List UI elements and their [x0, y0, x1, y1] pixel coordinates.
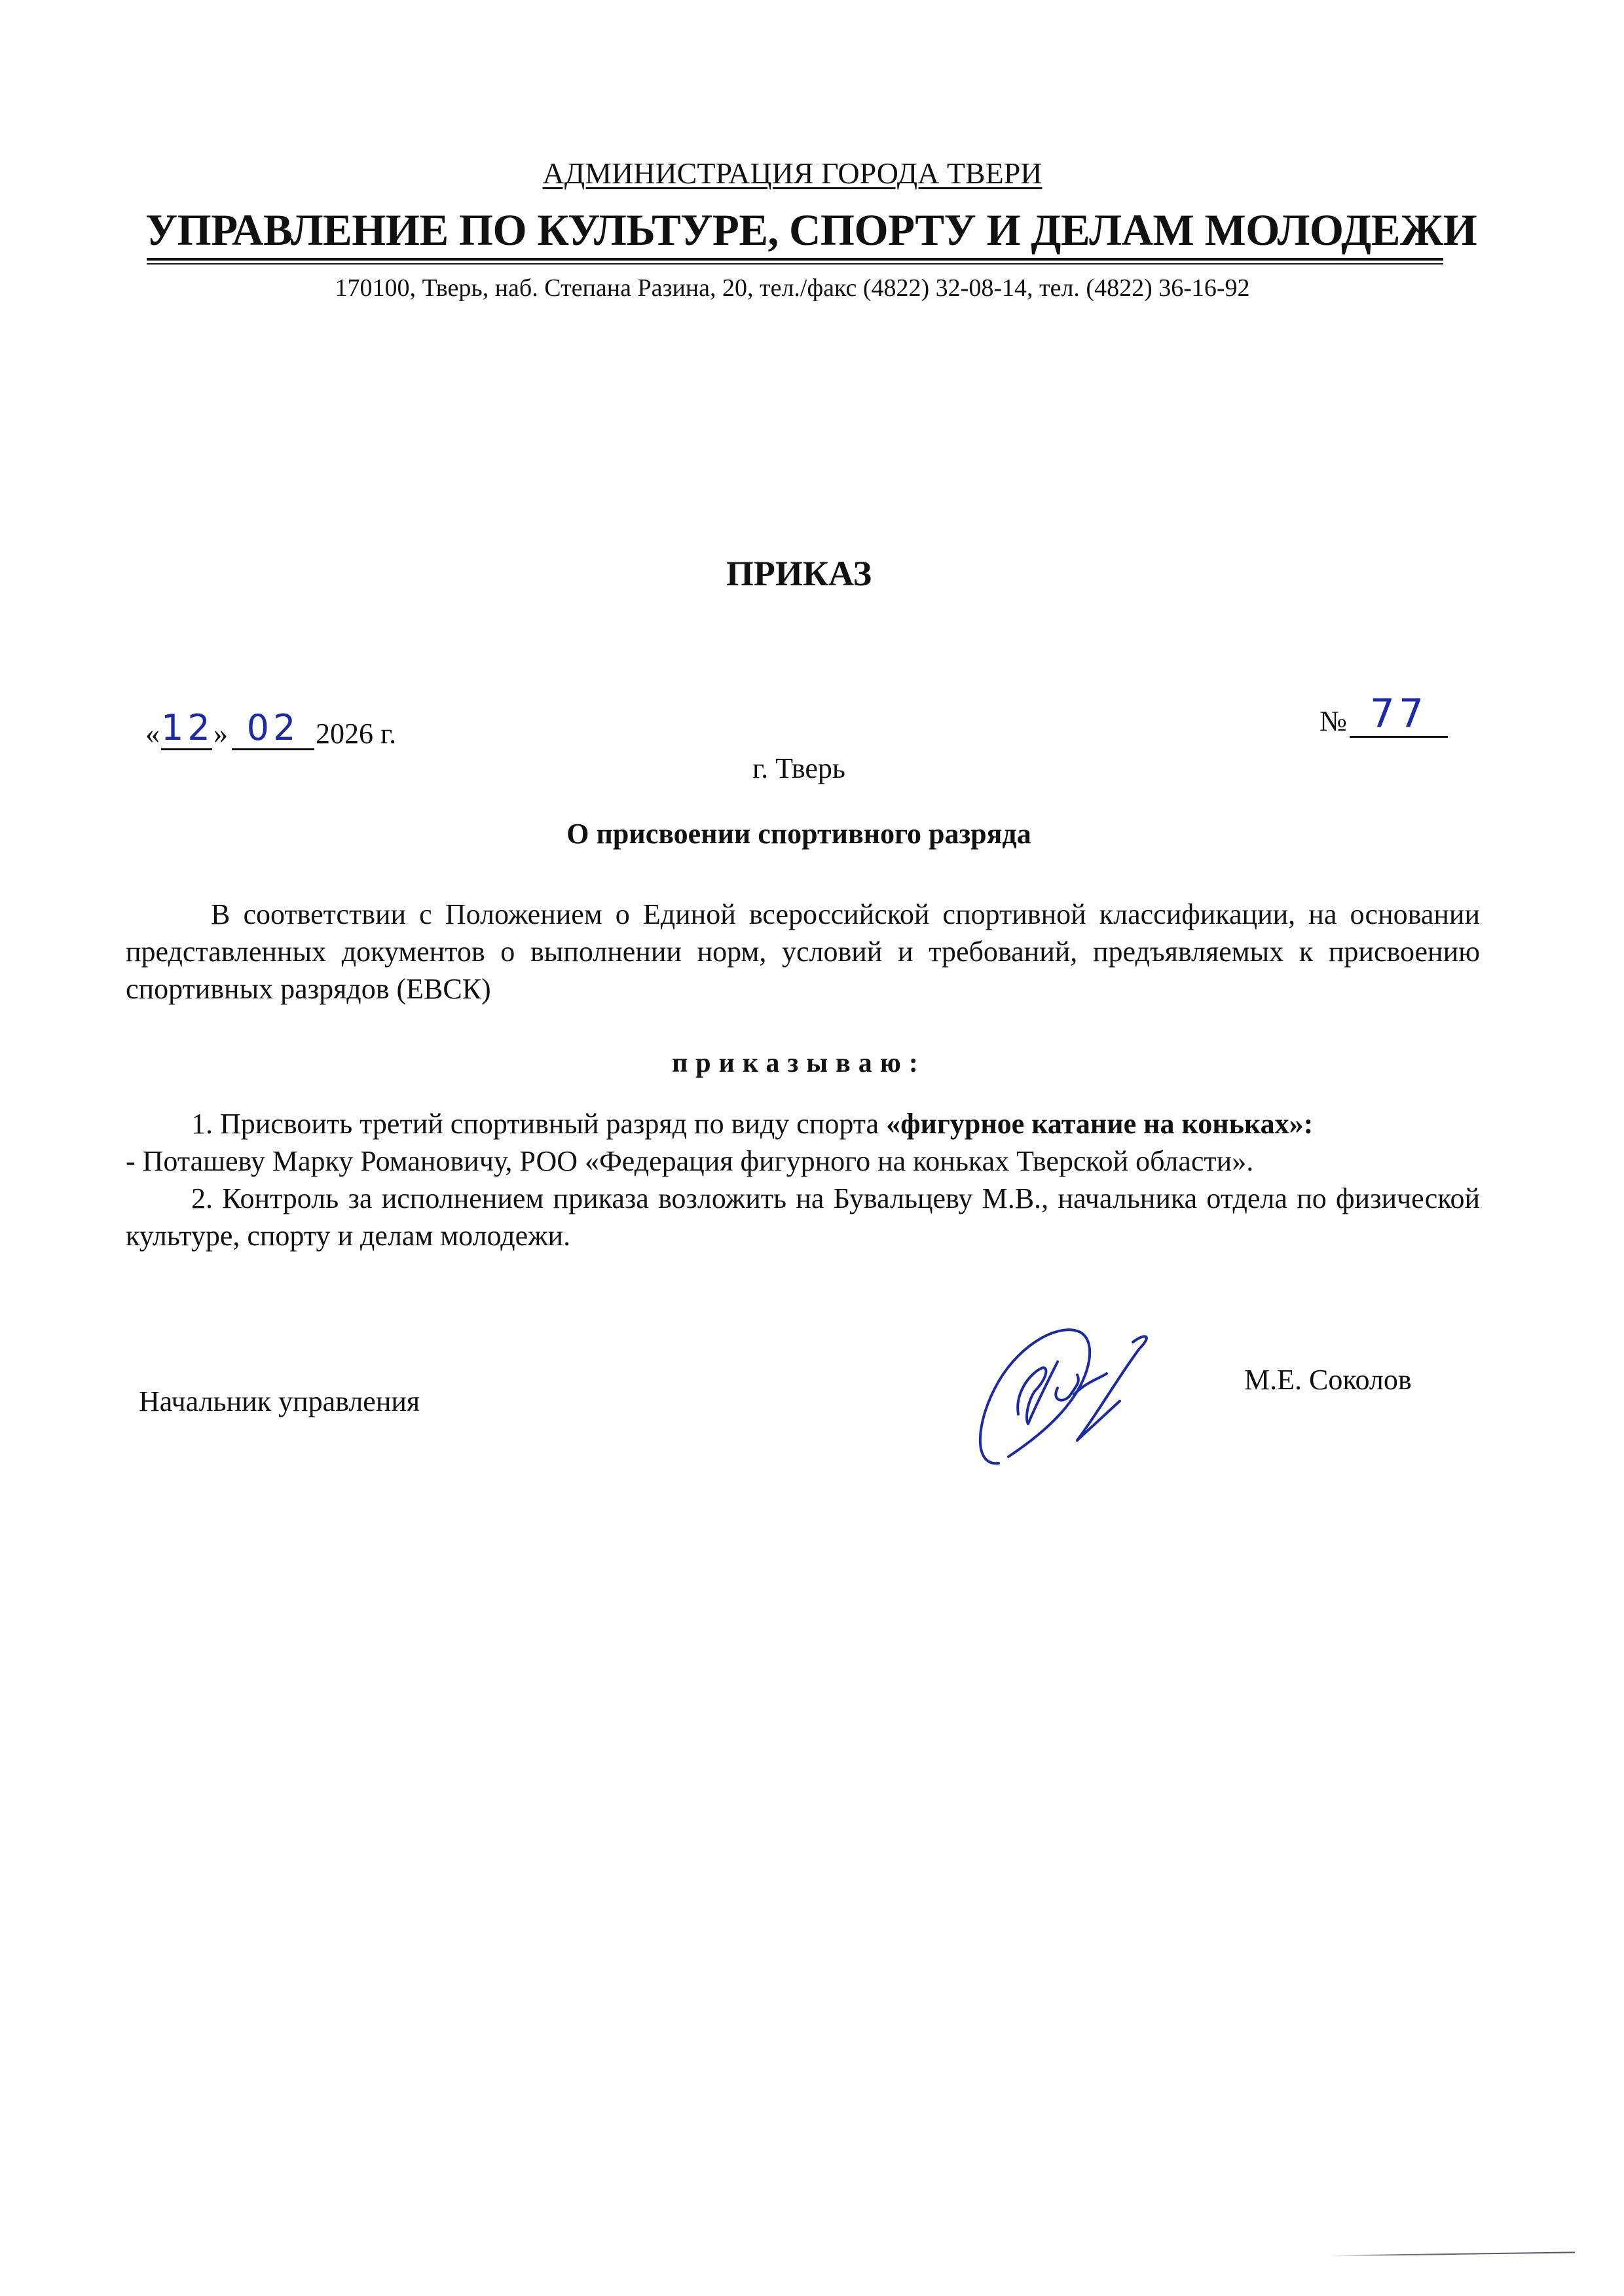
- order-item-1-text: 1. Присвоить третий спортивный разряд по…: [191, 1108, 886, 1140]
- document-date: « 12 » 02 2026 г.: [145, 710, 396, 750]
- date-day-field: 12: [161, 710, 212, 750]
- scan-edge-line: [1329, 2251, 1575, 2256]
- preamble-paragraph: В соответствии с Положением о Единой все…: [126, 896, 1480, 1008]
- recipient-line: - Поташеву Марку Романовичу, РОО «Федера…: [126, 1142, 1480, 1180]
- organization-header: АДМИНИСТРАЦИЯ ГОРОДА ТВЕРИ: [0, 156, 1585, 191]
- order-item-1: 1. Присвоить третий спортивный разряд по…: [126, 1105, 1480, 1142]
- signatory-name: М.Е. Соколов: [1244, 1363, 1412, 1396]
- date-month-field: 02: [232, 710, 314, 750]
- sport-name: «фигурное катание на коньках»:: [886, 1108, 1313, 1140]
- document-title: ПРИКАЗ: [0, 553, 1598, 594]
- signatory-role: Начальник управления: [139, 1385, 420, 1418]
- department-name: УПРАВЛЕНИЕ ПО КУЛЬТУРЕ, СПОРТУ И ДЕЛАМ М…: [145, 204, 1426, 256]
- number-field: 77: [1350, 694, 1448, 738]
- header-rule-thick: [147, 258, 1443, 261]
- date-open-quote: «: [145, 717, 160, 750]
- date-close-quote: »: [213, 717, 228, 750]
- header-rule-thin: [147, 263, 1443, 264]
- order-items: 1. Присвоить третий спортивный разряд по…: [126, 1105, 1480, 1254]
- order-word: приказываю:: [0, 1048, 1598, 1079]
- document-number: № 77: [1319, 694, 1448, 738]
- document-subject: О присвоении спортивного разряда: [0, 817, 1598, 850]
- organization-name: АДМИНИСТРАЦИЯ ГОРОДА ТВЕРИ: [543, 156, 1043, 190]
- order-item-2: 2. Контроль за исполнением приказа возло…: [126, 1180, 1480, 1254]
- date-year: 2026 г.: [316, 717, 396, 750]
- address-line: 170100, Тверь, наб. Степана Разина, 20, …: [0, 274, 1585, 302]
- document-city: г. Тверь: [0, 752, 1598, 785]
- number-label: №: [1319, 704, 1347, 738]
- signature-icon: [936, 1303, 1159, 1473]
